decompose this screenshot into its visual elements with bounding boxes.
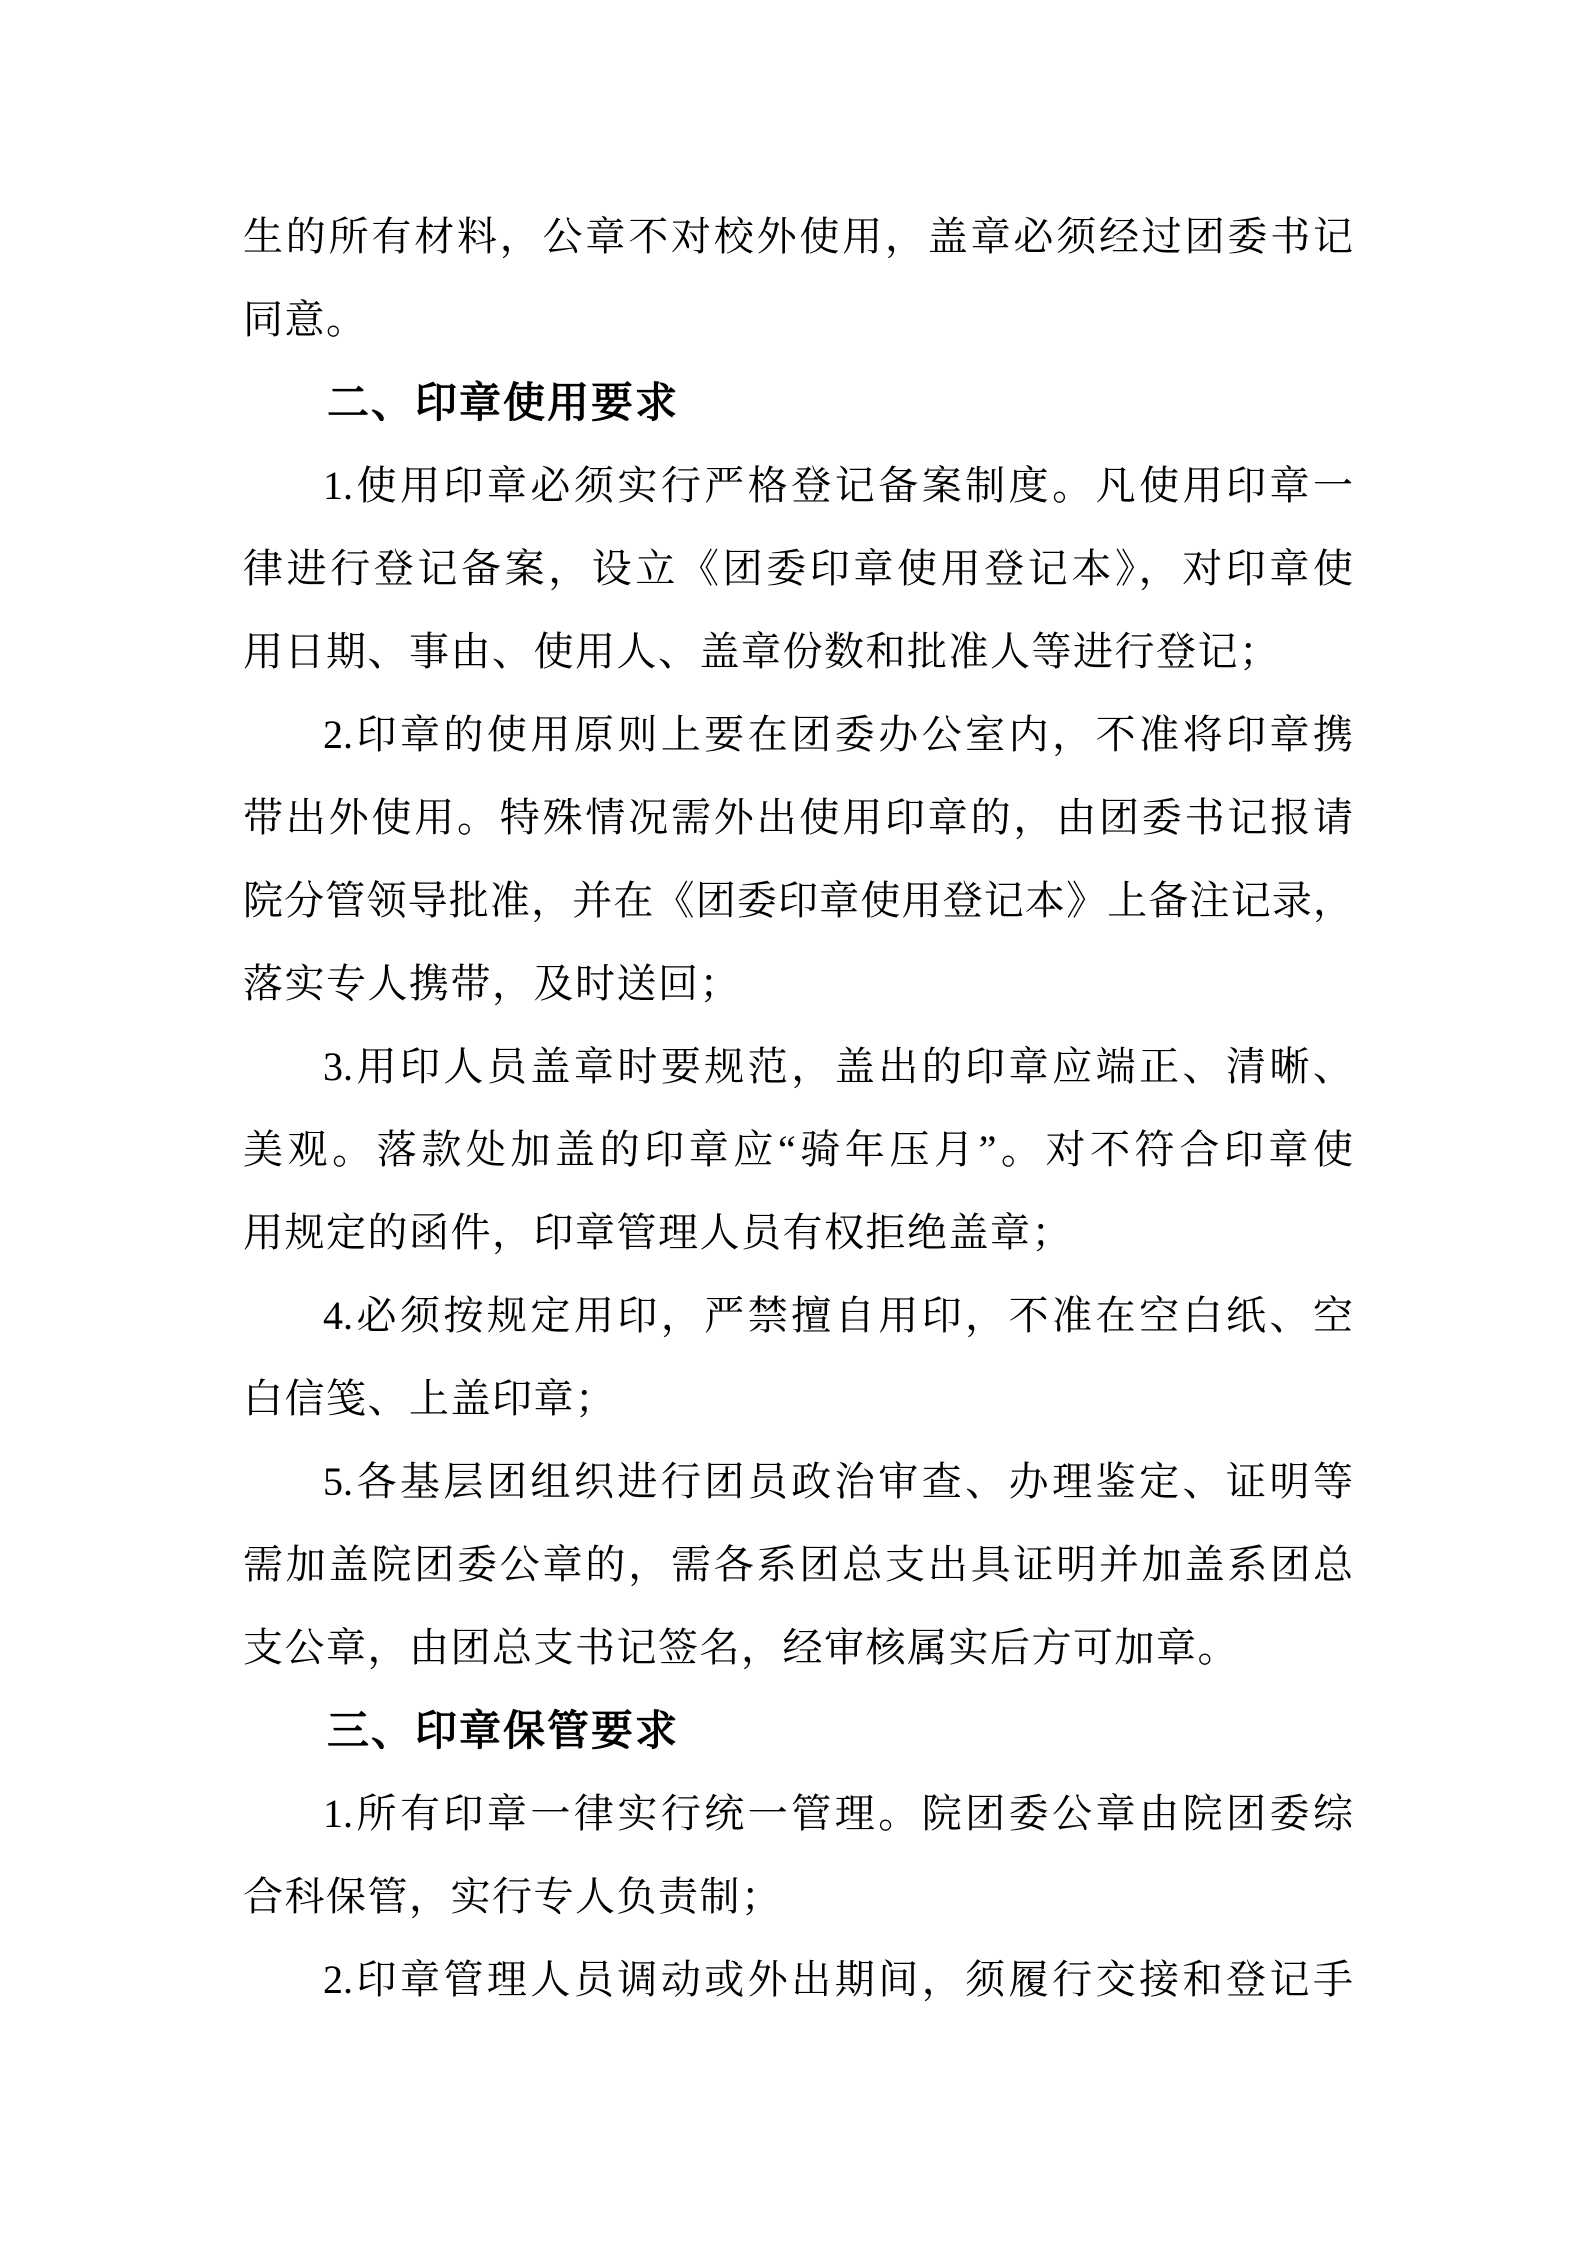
text-line: 白信笺、上盖印章； — [243, 1357, 1353, 1440]
text-line: 落实专人携带，及时送回； — [243, 942, 1353, 1025]
section-heading-seal-storage: 三、印章保管要求 — [243, 1689, 1353, 1772]
text-line: 5.各基层团组织进行团员政治审查、办理鉴定、证明等 — [243, 1440, 1353, 1523]
text-line: 用规定的函件，印章管理人员有权拒绝盖章； — [243, 1191, 1353, 1274]
text-line: 1.使用印章必须实行严格登记备案制度。凡使用印章一 — [243, 444, 1353, 527]
text-line: 2.印章的使用原则上要在团委办公室内，不准将印章携 — [243, 693, 1353, 776]
text-line: 4.必须按规定用印，严禁擅自用印，不准在空白纸、空 — [243, 1274, 1353, 1357]
document-page: 生的所有材料，公章不对校外使用，盖章必须经过团委书记 同意。 二、印章使用要求 … — [0, 0, 1587, 2245]
text-line: 生的所有材料，公章不对校外使用，盖章必须经过团委书记 — [243, 195, 1353, 278]
text-line: 1.所有印章一律实行统一管理。院团委公章由院团委综 — [243, 1772, 1353, 1855]
text-line: 支公章，由团总支书记签名，经审核属实后方可加章。 — [243, 1606, 1353, 1689]
text-line: 院分管领导批准，并在《团委印章使用登记本》上备注记录， — [243, 859, 1353, 942]
text-line: 律进行登记备案，设立《团委印章使用登记本》，对印章使 — [243, 527, 1353, 610]
text-line: 同意。 — [243, 278, 1353, 361]
text-line: 合科保管，实行专人负责制； — [243, 1855, 1353, 1938]
text-line: 3.用印人员盖章时要规范，盖出的印章应端正、清晰、 — [243, 1025, 1353, 1108]
document-content: 生的所有材料，公章不对校外使用，盖章必须经过团委书记 同意。 二、印章使用要求 … — [243, 195, 1353, 2021]
text-line: 带出外使用。特殊情况需外出使用印章的，由团委书记报请 — [243, 776, 1353, 859]
text-line: 需加盖院团委公章的，需各系团总支出具证明并加盖系团总 — [243, 1523, 1353, 1606]
text-line: 用日期、事由、使用人、盖章份数和批准人等进行登记； — [243, 610, 1353, 693]
text-line: 2.印章管理人员调动或外出期间，须履行交接和登记手 — [243, 1938, 1353, 2021]
section-heading-seal-usage: 二、印章使用要求 — [243, 361, 1353, 444]
text-line: 美观。落款处加盖的印章应“骑年压月”。对不符合印章使 — [243, 1108, 1353, 1191]
